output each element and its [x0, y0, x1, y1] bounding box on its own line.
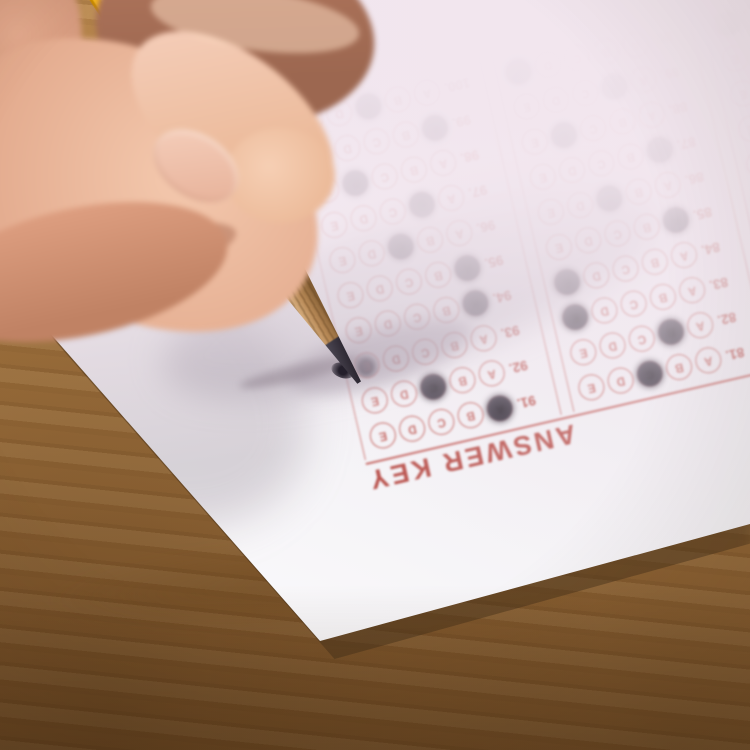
- photo-scene: ANSWER KEY 71.ABCDE72.ABCDE73.ABCDE74.AB…: [0, 0, 750, 750]
- thumb-tip: [225, 128, 335, 223]
- hand: [0, 0, 750, 750]
